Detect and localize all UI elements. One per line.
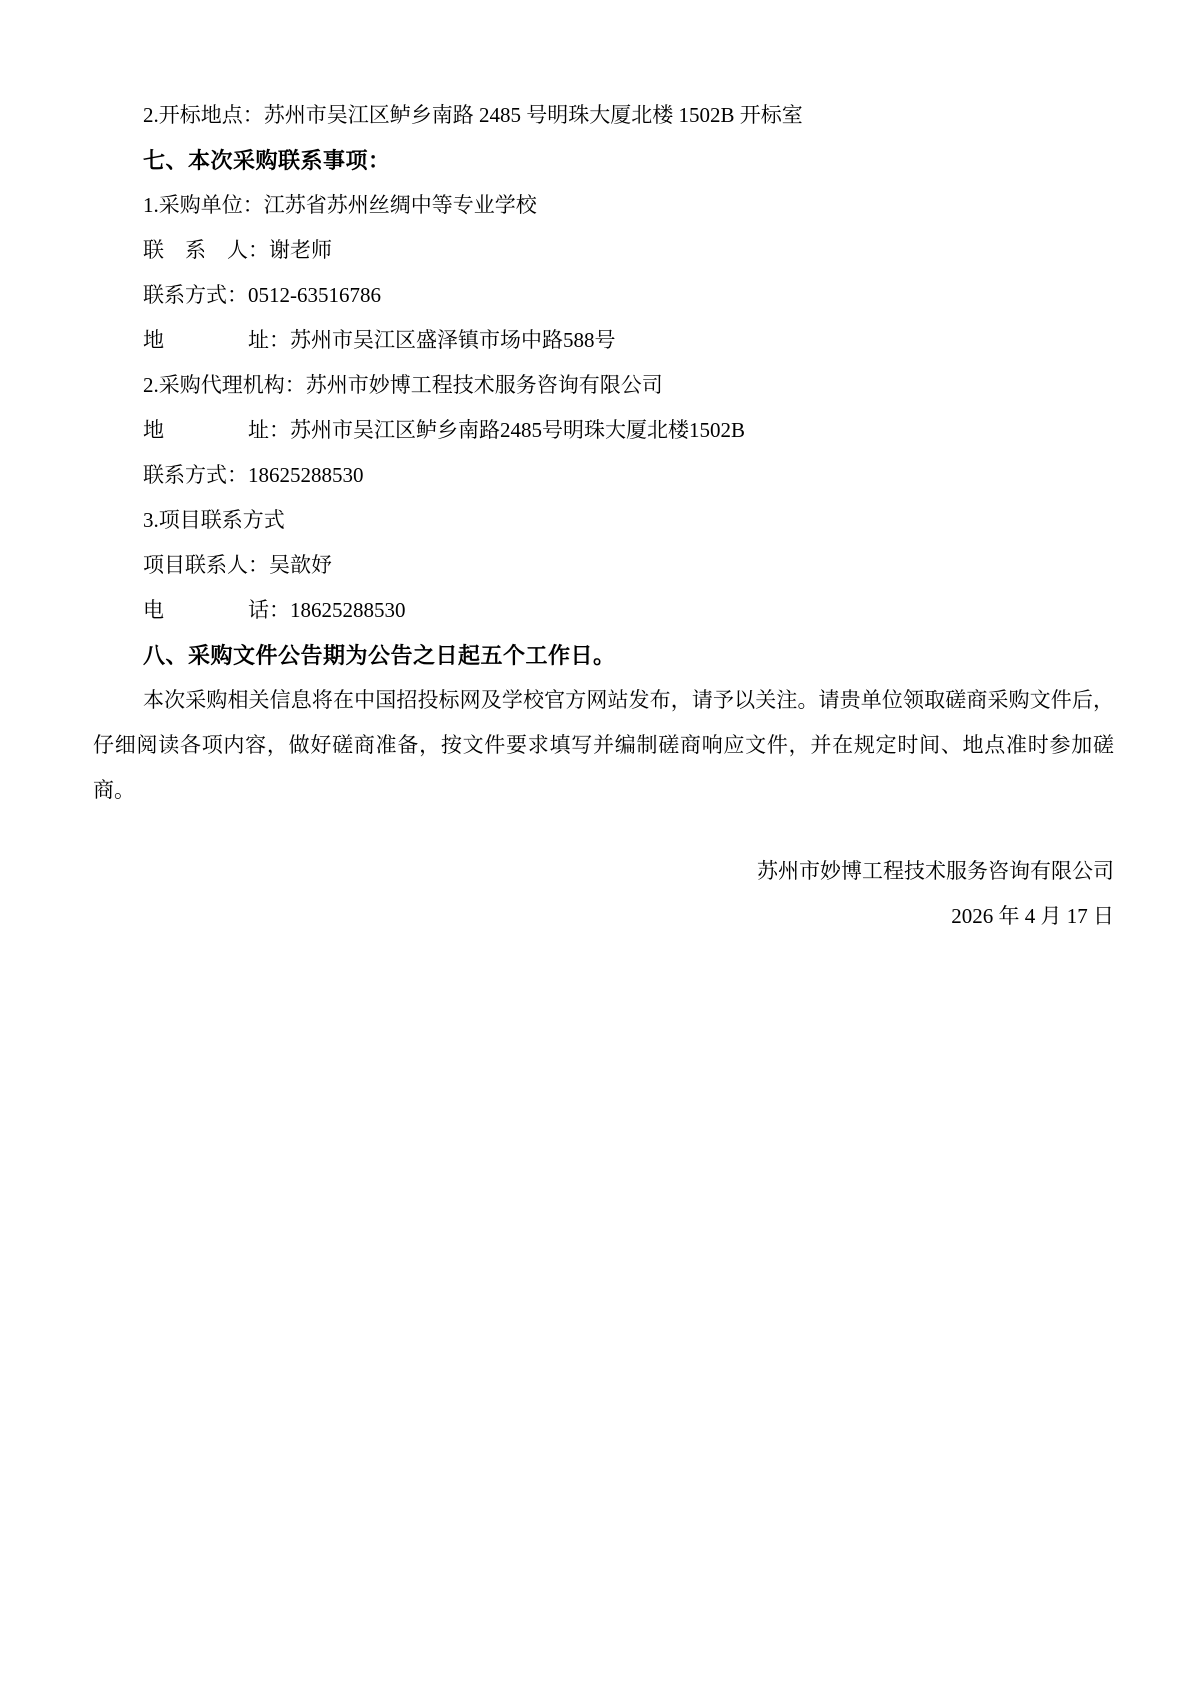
bid-location-line: 2.开标地点：苏州市吴江区鲈乡南路 2485 号明珠大厦北楼 1502B 开标室 — [93, 93, 1114, 138]
agency-line: 2.采购代理机构：苏州市妙博工程技术服务咨询有限公司 — [93, 363, 1114, 408]
document-page: 2.开标地点：苏州市吴江区鲈乡南路 2485 号明珠大厦北楼 1502B 开标室… — [0, 0, 1191, 1684]
contact-phone-line: 联系方式：0512-63516786 — [93, 273, 1114, 318]
signature-block: 苏州市妙博工程技术服务咨询有限公司 2026 年 4 月 17 日 — [93, 849, 1114, 939]
agency-address-line: 地 址：苏州市吴江区鲈乡南路2485号明珠大厦北楼1502B — [93, 408, 1114, 453]
agency-phone-line: 联系方式：18625288530 — [93, 453, 1114, 498]
project-contact-phone-line: 电 话：18625288530 — [93, 588, 1114, 633]
purchaser-address-line: 地 址：苏州市吴江区盛泽镇市场中路588号 — [93, 318, 1114, 363]
contact-person-line: 联 系 人：谢老师 — [93, 228, 1114, 273]
project-contact-header-line: 3.项目联系方式 — [93, 498, 1114, 543]
closing-paragraph: 本次采购相关信息将在中国招投标网及学校官方网站发布，请予以关注。请贵单位领取磋商… — [93, 678, 1114, 813]
section7-heading: 七、本次采购联系事项： — [93, 138, 1114, 183]
project-contact-person-line: 项目联系人：吴歆妤 — [93, 543, 1114, 588]
purchaser-line: 1.采购单位：江苏省苏州丝绸中等专业学校 — [93, 183, 1114, 228]
section8-heading: 八、采购文件公告期为公告之日起五个工作日。 — [93, 633, 1114, 678]
signature-date: 2026 年 4 月 17 日 — [93, 894, 1114, 939]
signature-company: 苏州市妙博工程技术服务咨询有限公司 — [93, 849, 1114, 894]
